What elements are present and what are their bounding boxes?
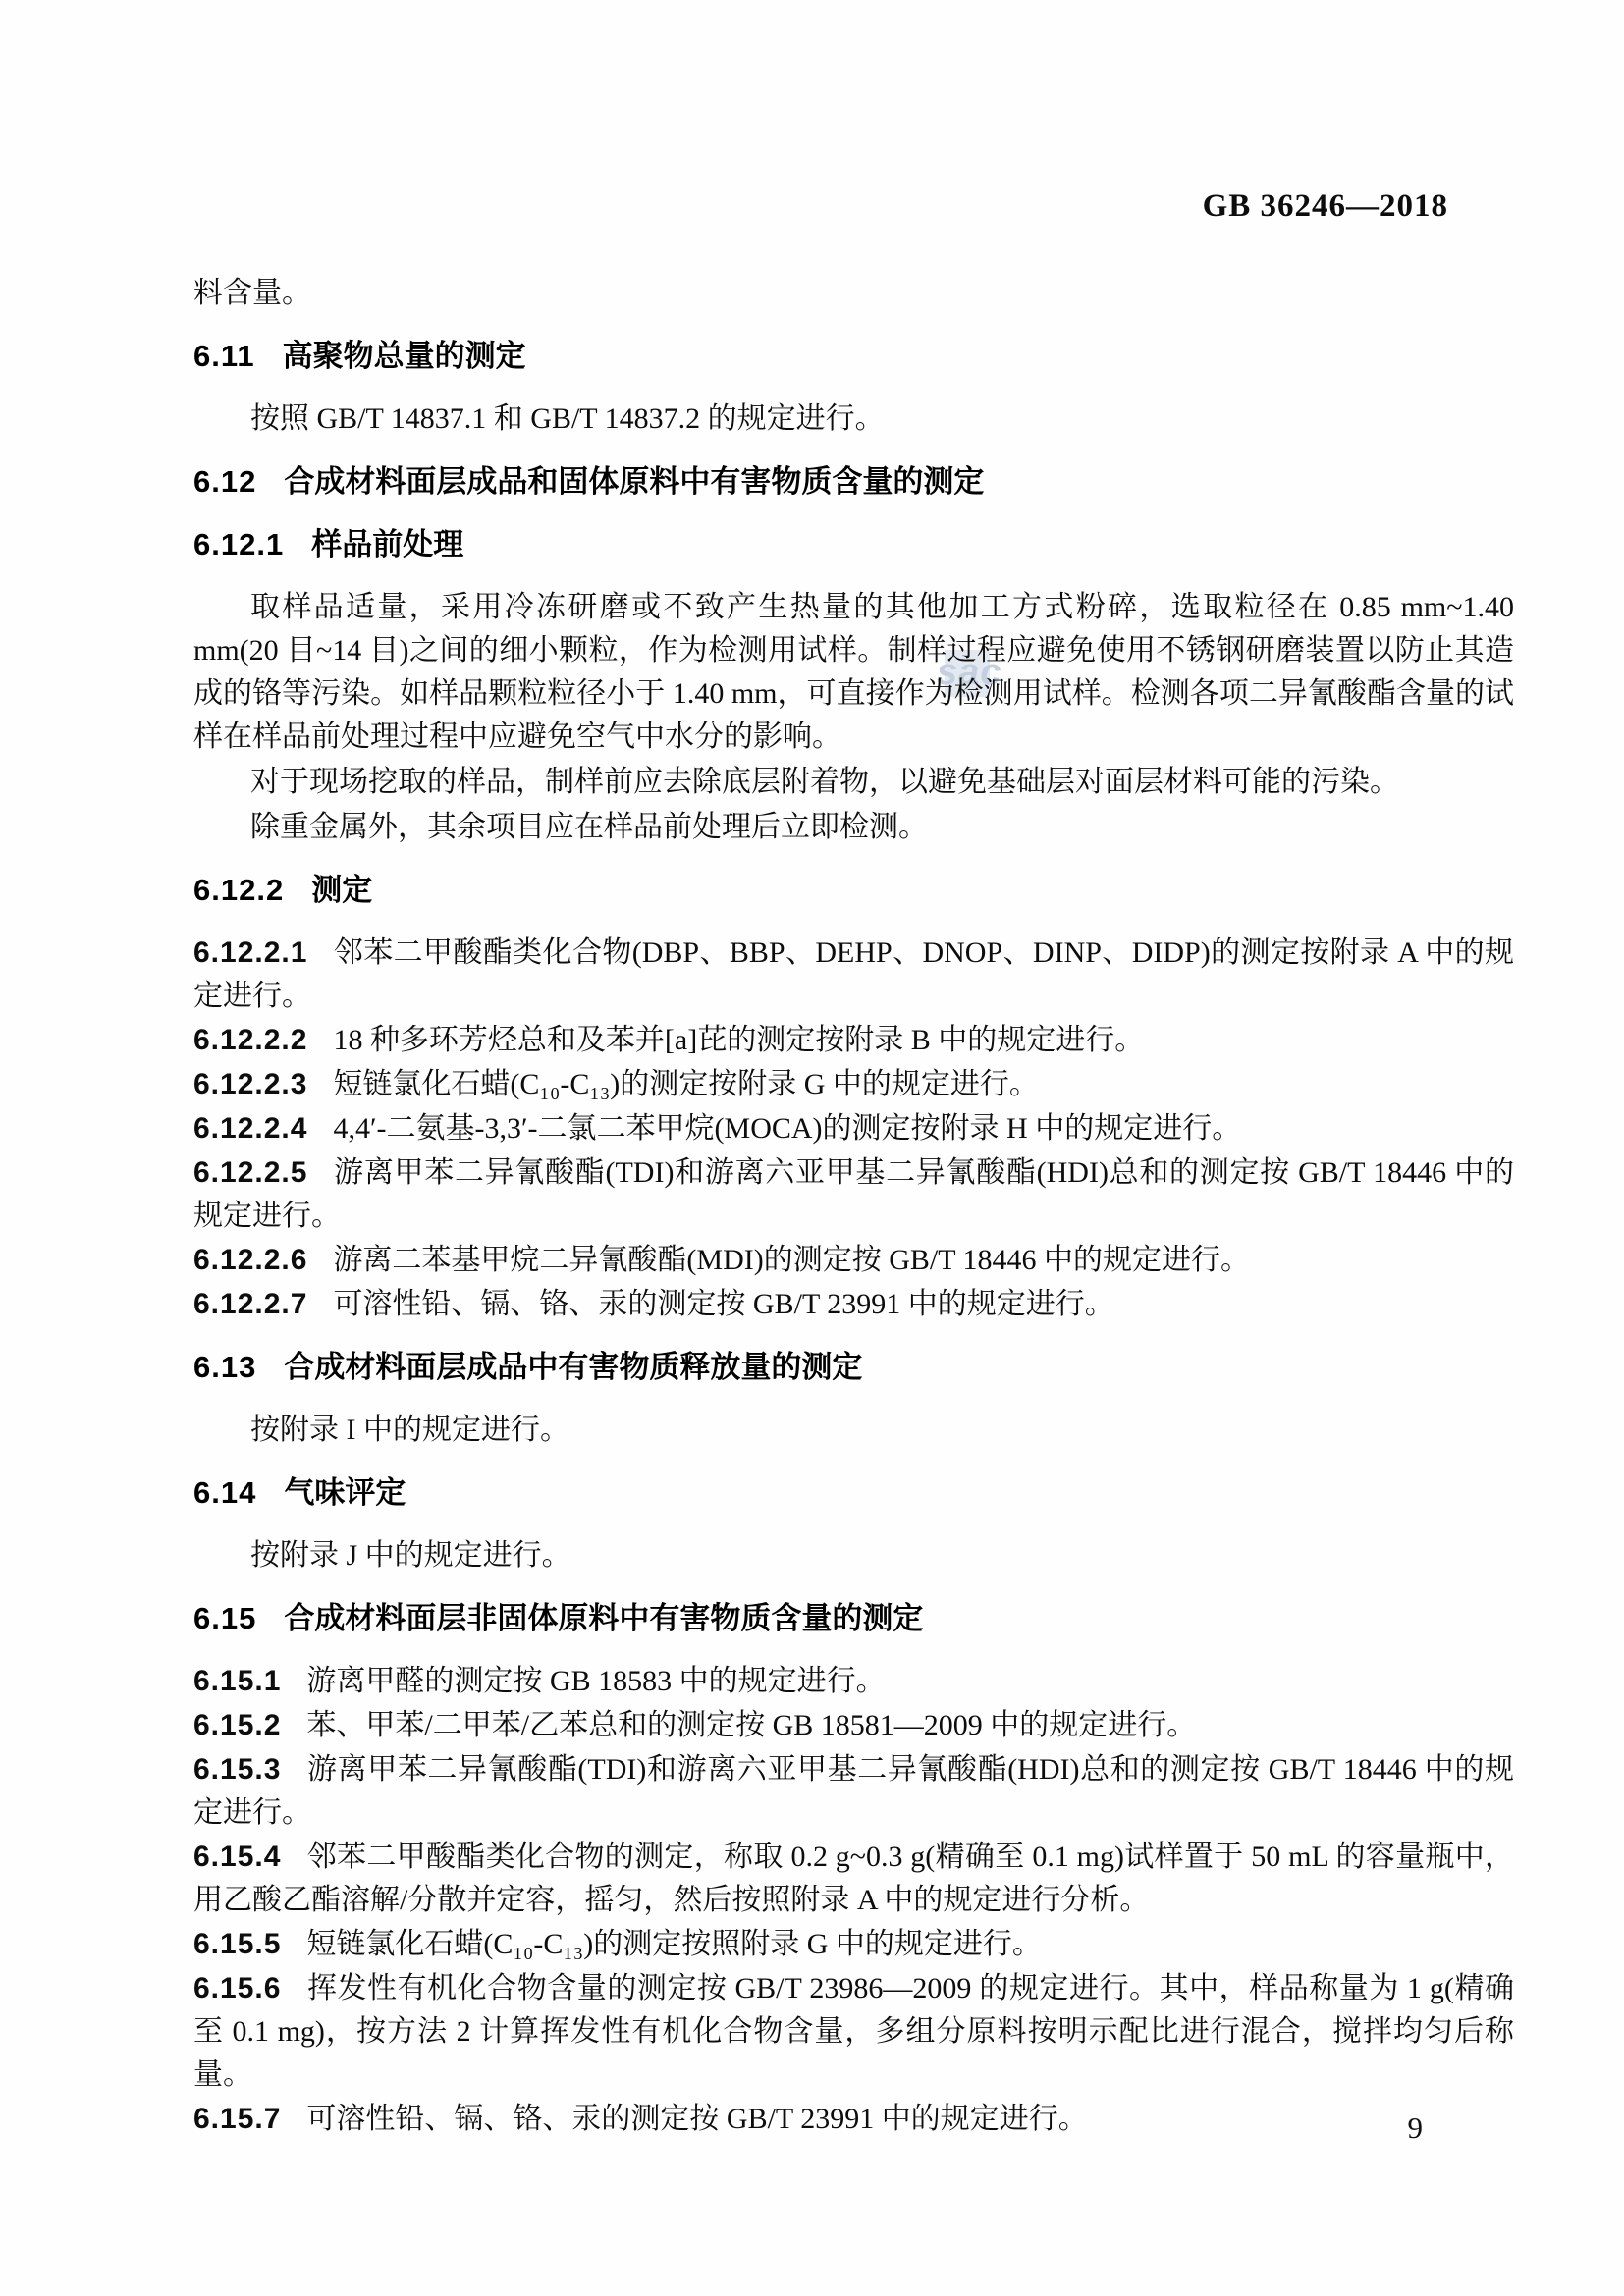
clause-text: 挥发性有机化合物含量的测定按 GB/T 23986—2009 的规定进行。其中，…: [193, 1972, 1514, 2091]
clause-6-12-2-5: 6.12.2.5游离甲苯二异氰酸酯(TDI)和游离六亚甲基二异氰酸酯(HDI)总…: [193, 1151, 1514, 1238]
clause-text: 苯、甲苯/二甲苯/乙苯总和的测定按 GB 18581—2009 中的规定进行。: [306, 1709, 1196, 1741]
clause-6-15-5: 6.15.5短链氯化石蜡(C₁₀-C₁₃)的测定按照附录 G 中的规定进行。: [193, 1923, 1514, 1966]
section-title: 高聚物总量的测定: [283, 339, 526, 373]
section-number: 6.12.1: [193, 527, 284, 561]
clause-6-12-2-3: 6.12.2.3短链氯化石蜡(C₁₀-C₁₃)的测定按附录 G 中的规定进行。: [193, 1063, 1514, 1106]
section-number: 6.12: [193, 464, 256, 499]
clause-number: 6.12.2.5: [193, 1156, 307, 1189]
section-number: 6.12.2: [193, 873, 284, 907]
clause-number: 6.15.1: [193, 1665, 281, 1697]
clause-6-15-7: 6.15.7可溶性铅、镉、铬、汞的测定按 GB/T 23991 中的规定进行。: [193, 2098, 1514, 2141]
paragraph-6-13: 按附录 I 中的规定进行。: [193, 1409, 1514, 1452]
paragraph-6-12-1-b: 对于现场挖取的样品，制样前应去除底层附着物，以避免基础层对面层材料可能的污染。: [193, 761, 1514, 804]
clause-number: 6.12.2.1: [193, 936, 307, 969]
paragraph-6-12-1-a: 取样品适量，采用冷冻研磨或不致产生热量的其他加工方式粉碎，选取粒径在 0.85 …: [193, 586, 1514, 759]
clause-6-15-6: 6.15.6挥发性有机化合物含量的测定按 GB/T 23986—2009 的规定…: [193, 1967, 1514, 2097]
paragraph-6-12-1-c: 除重金属外，其余项目应在样品前处理后立即检测。: [193, 806, 1514, 849]
section-number: 6.15: [193, 1601, 256, 1635]
clause-text: 邻苯二甲酸酯类化合物的测定，称取 0.2 g~0.3 g(精确至 0.1 mg)…: [193, 1841, 1514, 1916]
section-title: 气味评定: [284, 1475, 406, 1510]
section-heading-6-11: 6.11高聚物总量的测定: [193, 335, 1514, 378]
paragraph-continuation: 料含量。: [193, 272, 1514, 315]
section-title: 样品前处理: [311, 527, 463, 561]
section-heading-6-12: 6.12合成材料面层成品和固体原料中有害物质含量的测定: [193, 460, 1514, 504]
clause-text: 18 种多环芳烃总和及苯并[a]芘的测定按附录 B 中的规定进行。: [333, 1024, 1144, 1056]
section-heading-6-13: 6.13合成材料面层成品中有害物质释放量的测定: [193, 1346, 1514, 1389]
page-number: 9: [1408, 2110, 1424, 2146]
clause-number: 6.15.7: [193, 2103, 281, 2135]
clause-text: 邻苯二甲酸酯类化合物(DBP、BBP、DEHP、DNOP、DINP、DIDP)的…: [193, 936, 1514, 1012]
clause-number: 6.12.2.2: [193, 1024, 307, 1056]
clause-6-12-2-2: 6.12.2.218 种多环芳烃总和及苯并[a]芘的测定按附录 B 中的规定进行…: [193, 1019, 1514, 1062]
section-heading-6-12-2: 6.12.2测定: [193, 869, 1514, 912]
section-title: 合成材料面层非固体原料中有害物质含量的测定: [284, 1601, 923, 1635]
clause-text: 可溶性铅、镉、铬、汞的测定按 GB/T 23991 中的规定进行。: [333, 1288, 1113, 1320]
clause-text: 游离二苯基甲烷二异氰酸酯(MDI)的测定按 GB/T 18446 中的规定进行。: [333, 1244, 1250, 1276]
clause-text: 可溶性铅、镉、铬、汞的测定按 GB/T 23991 中的规定进行。: [306, 2103, 1087, 2135]
clause-number: 6.15.6: [193, 1972, 281, 2004]
section-number: 6.14: [193, 1475, 256, 1510]
paragraph-6-14: 按附录 J 中的规定进行。: [193, 1534, 1514, 1577]
section-heading-6-15: 6.15合成材料面层非固体原料中有害物质含量的测定: [193, 1597, 1514, 1640]
clause-number: 6.12.2.3: [193, 1068, 307, 1100]
clause-number: 6.12.2.7: [193, 1288, 307, 1320]
paragraph-6-11: 按照 GB/T 14837.1 和 GB/T 14837.2 的规定进行。: [193, 398, 1514, 441]
clause-6-12-2-1: 6.12.2.1邻苯二甲酸酯类化合物(DBP、BBP、DEHP、DNOP、DIN…: [193, 932, 1514, 1018]
clause-6-15-3: 6.15.3游离甲苯二异氰酸酯(TDI)和游离六亚甲基二异氰酸酯(HDI)总和的…: [193, 1748, 1514, 1835]
document-body: 料含量。 6.11高聚物总量的测定 按照 GB/T 14837.1 和 GB/T…: [193, 0, 1514, 2142]
clause-text: 4,4′-二氨基-3,3′-二氯二苯甲烷(MOCA)的测定按附录 H 中的规定进…: [333, 1112, 1241, 1145]
clause-6-12-2-6: 6.12.2.6游离二苯基甲烷二异氰酸酯(MDI)的测定按 GB/T 18446…: [193, 1239, 1514, 1282]
clause-number: 6.15.4: [193, 1841, 281, 1873]
clause-6-15-4: 6.15.4邻苯二甲酸酯类化合物的测定，称取 0.2 g~0.3 g(精确至 0…: [193, 1836, 1514, 1922]
clause-6-15-2: 6.15.2苯、甲苯/二甲苯/乙苯总和的测定按 GB 18581—2009 中的…: [193, 1704, 1514, 1747]
clause-6-15-1: 6.15.1游离甲醛的测定按 GB 18583 中的规定进行。: [193, 1660, 1514, 1703]
clause-number: 6.15.2: [193, 1709, 281, 1741]
section-heading-6-14: 6.14气味评定: [193, 1471, 1514, 1515]
clause-number: 6.15.5: [193, 1928, 281, 1960]
document-page: GB 36246—2018 sac 料含量。 6.11高聚物总量的测定 按照 G…: [0, 0, 1624, 2296]
section-title: 测定: [311, 873, 372, 907]
clause-text: 游离甲苯二异氰酸酯(TDI)和游离六亚甲基二异氰酸酯(HDI)总和的测定按 GB…: [193, 1753, 1514, 1829]
clause-number: 6.12.2.4: [193, 1112, 307, 1145]
clause-text: 游离甲苯二异氰酸酯(TDI)和游离六亚甲基二异氰酸酯(HDI)总和的测定按 GB…: [193, 1156, 1514, 1232]
clause-text: 短链氯化石蜡(C₁₀-C₁₃)的测定按附录 G 中的规定进行。: [333, 1068, 1039, 1100]
clause-text: 游离甲醛的测定按 GB 18583 中的规定进行。: [306, 1665, 885, 1697]
section-title: 合成材料面层成品中有害物质释放量的测定: [284, 1350, 862, 1384]
clause-6-12-2-4: 6.12.2.44,4′-二氨基-3,3′-二氯二苯甲烷(MOCA)的测定按附录…: [193, 1107, 1514, 1150]
section-title: 合成材料面层成品和固体原料中有害物质含量的测定: [284, 464, 984, 499]
clause-number: 6.12.2.6: [193, 1244, 307, 1276]
clause-6-12-2-7: 6.12.2.7可溶性铅、镉、铬、汞的测定按 GB/T 23991 中的规定进行…: [193, 1283, 1514, 1326]
section-number: 6.13: [193, 1350, 256, 1384]
clause-number: 6.15.3: [193, 1753, 281, 1786]
clause-text: 短链氯化石蜡(C₁₀-C₁₃)的测定按照附录 G 中的规定进行。: [306, 1928, 1042, 1960]
section-heading-6-12-1: 6.12.1样品前处理: [193, 523, 1514, 566]
section-number: 6.11: [193, 339, 255, 373]
